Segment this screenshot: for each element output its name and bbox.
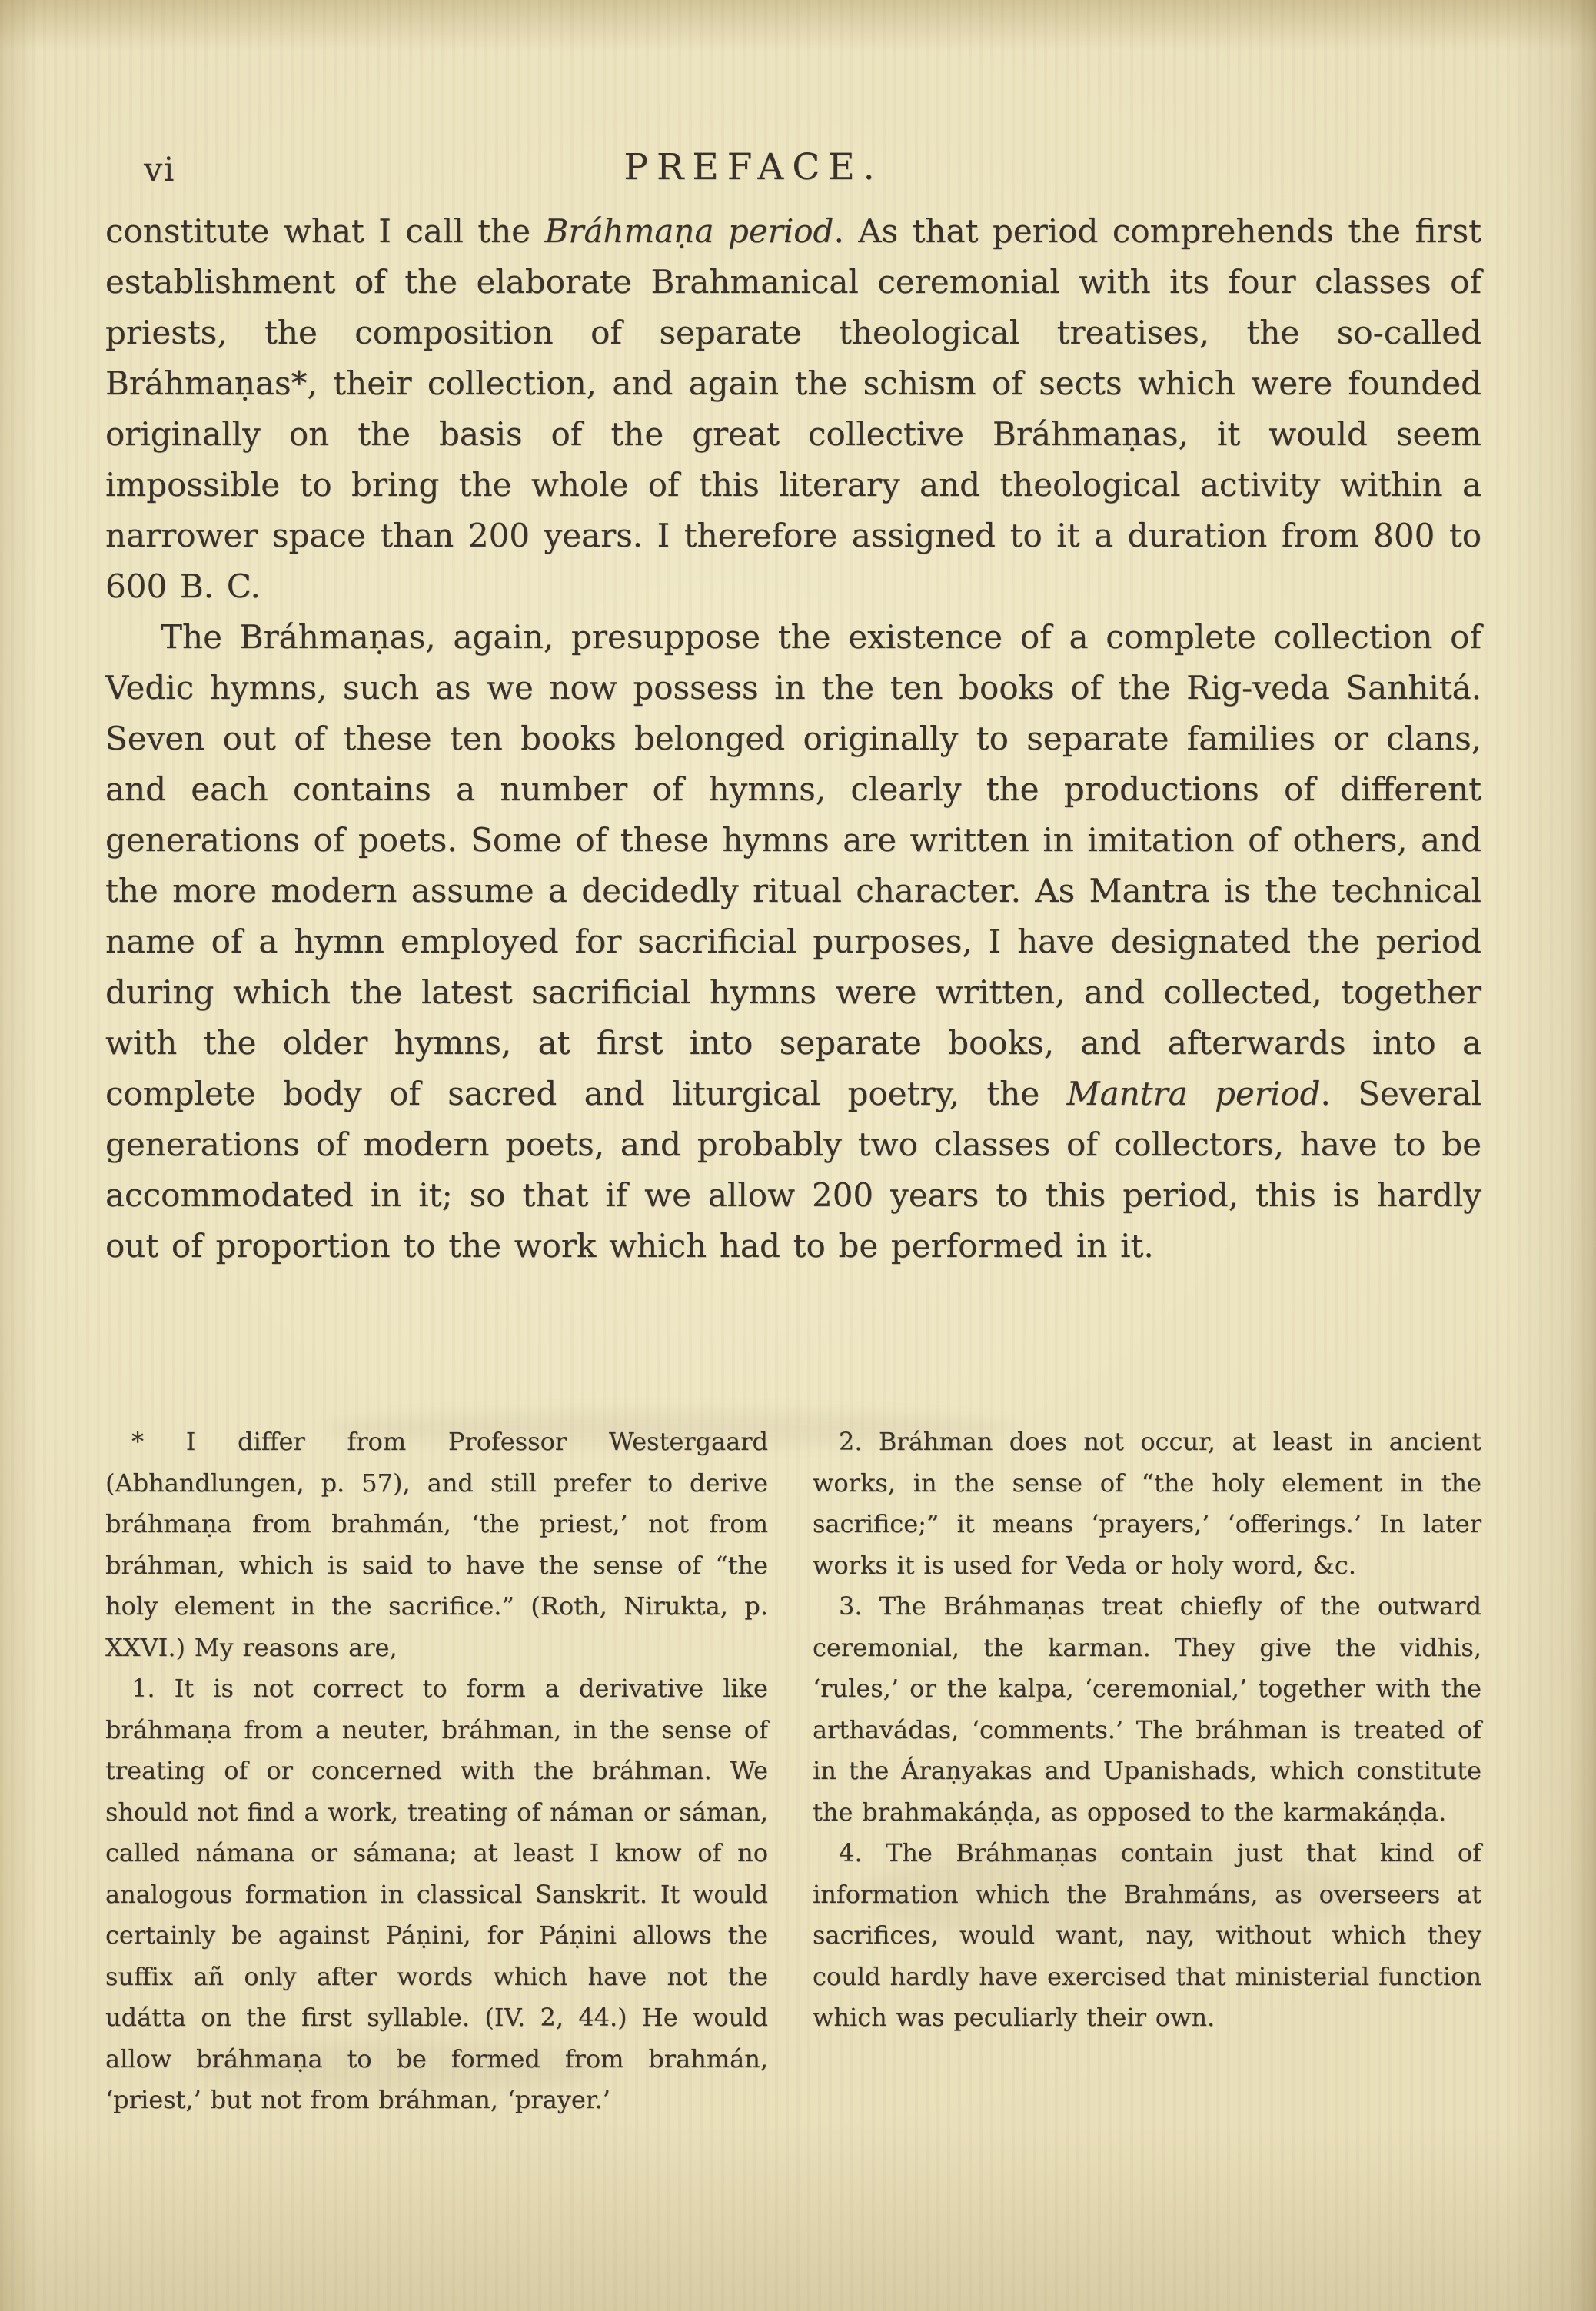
main-text-block: constitute what I call the Bráhmaṇa peri…: [105, 206, 1481, 1272]
footnote-column-left: * I differ from Professor Westergaard (A…: [105, 1422, 768, 2121]
footnote-reason-3: 3. The Bráhmaṇas treat chiefly of the ou…: [813, 1586, 1481, 1833]
book-page: vi PREFACE. constitute what I call the B…: [0, 0, 1596, 2311]
body-paragraph-mantra-period: The Bráhmaṇas, again, presuppose the exi…: [105, 612, 1481, 1272]
running-title: PREFACE.: [65, 146, 1441, 188]
body-paragraph-brahmana-period: constitute what I call the Bráhmaṇa peri…: [105, 206, 1481, 612]
page-header: vi PREFACE.: [105, 146, 1481, 195]
footnotes-section: * I differ from Professor Westergaard (A…: [105, 1422, 1481, 2160]
footnote-reason-1: 1. It is not correct to form a derivativ…: [105, 1668, 768, 2121]
footnote-column-right: 2. Bráhman does not occur, at least in a…: [813, 1422, 1481, 2039]
footnote-reason-4: 4. The Bráhmaṇas contain just that kind …: [813, 1833, 1481, 2039]
footnote-asterisk: * I differ from Professor Westergaard (A…: [105, 1422, 768, 1668]
footnote-reason-2: 2. Bráhman does not occur, at least in a…: [813, 1422, 1481, 1586]
